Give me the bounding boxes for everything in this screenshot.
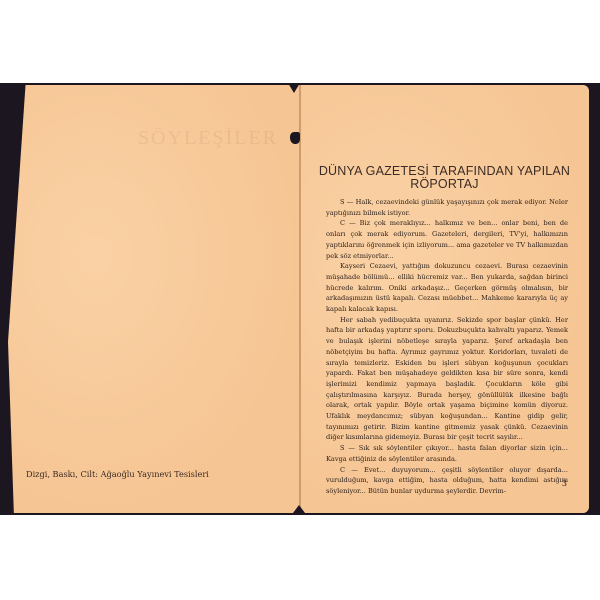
paragraph: S — Sık sık söylentiler çıkıyor... hasta… (326, 443, 568, 464)
paragraph: S — Halk, cezaevindeki günlük yaşayışını… (326, 197, 568, 218)
book-gutter (299, 85, 301, 513)
show-through-text: SÖYLEŞİLER (138, 127, 278, 150)
paragraph: Kayseri Cezaevi, yattığım dokuzuncu ceza… (326, 261, 568, 315)
spine-damage-middle (290, 132, 300, 144)
right-page: DÜNYA GAZETESİ TARAFINDAN YAPILAN RÖPORT… (300, 85, 589, 513)
printer-imprint: Dizgi, Baskı, Cilt: Ağaoğlu Yayınevi Tes… (26, 469, 209, 479)
paragraph: C — Evet... duyuyorum... çeşitli söylent… (326, 465, 568, 497)
interview-body: S — Halk, cezaevindeki günlük yaşayışını… (326, 197, 568, 497)
paragraph: Her sabah yedibuçukta uyanırız. Sekizde … (326, 315, 568, 443)
page-title: DÜNYA GAZETESİ TARAFINDAN YAPILAN RÖPORT… (300, 165, 589, 191)
paragraph: C — Biz çok meraklıyız... halkımız ve be… (326, 218, 568, 261)
book-spread: SÖYLEŞİLER Dizgi, Baskı, Cilt: Ağaoğlu Y… (8, 85, 592, 513)
page-number: 3 (562, 479, 567, 488)
title-line-2: RÖPORTAJ (300, 178, 589, 191)
left-page: SÖYLEŞİLER Dizgi, Baskı, Cilt: Ağaoğlu Y… (8, 85, 300, 513)
